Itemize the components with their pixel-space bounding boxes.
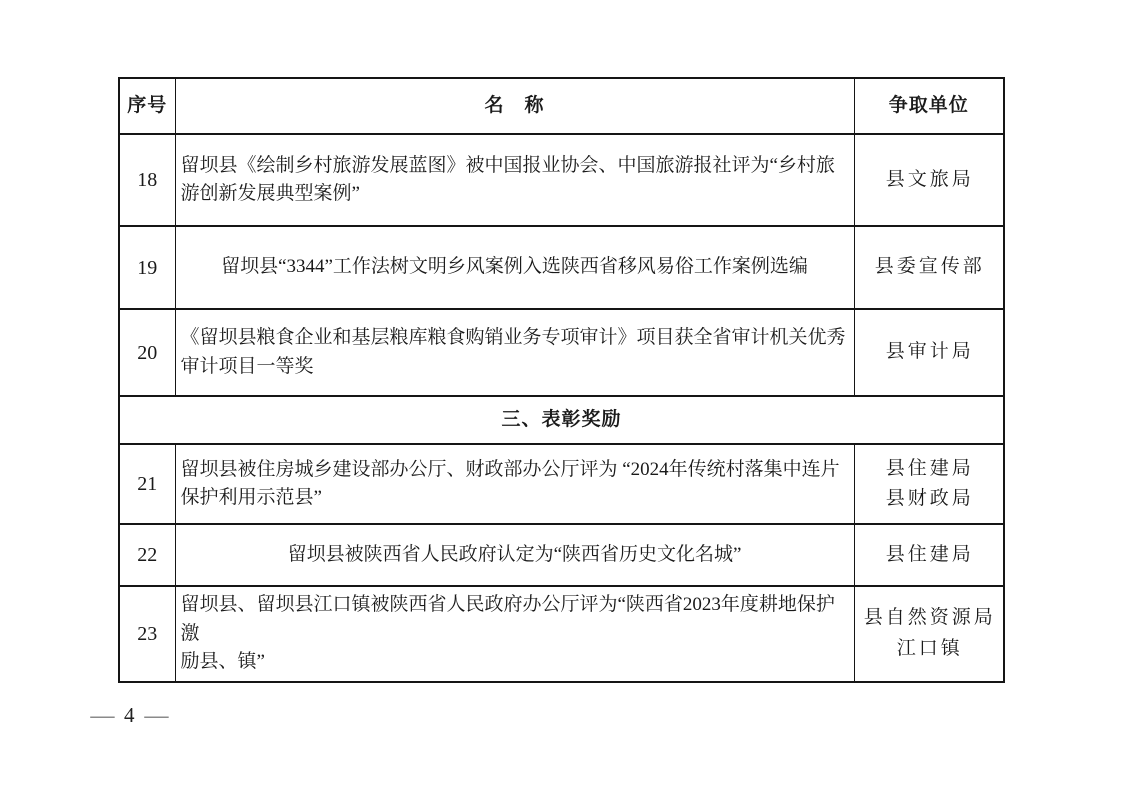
table-row: 20 《留坝县粮食企业和基层粮库粮食购销业务专项审计》项目获全省审计机关优秀 审… [119, 309, 1004, 396]
page-number-value: 4 [124, 703, 135, 728]
cell-row-number: 20 [119, 309, 175, 396]
cell-unit: 县自然资源局 江口镇 [854, 586, 1004, 682]
table-row: 19 留坝县“3344”工作法树文明乡风案例入选陕西省移风易俗工作案例选编 县委… [119, 226, 1004, 309]
cell-award-name: 留坝县、留坝县江口镇被陕西省人民政府办公厅评为“陕西省2023年度耕地保护激 励… [175, 586, 854, 682]
table-row: 21 留坝县被住房城乡建设部办公厅、财政部办公厅评为 “2024年传统村落集中连… [119, 444, 1004, 524]
cell-unit: 县文旅局 [854, 134, 1004, 226]
cell-unit: 县审计局 [854, 309, 1004, 396]
cell-row-number: 18 [119, 134, 175, 226]
cell-row-number: 23 [119, 586, 175, 682]
page-number: — 4 — [92, 703, 167, 728]
cell-award-name: 留坝县被住房城乡建设部办公厅、财政部办公厅评为 “2024年传统村落集中连片 保… [175, 444, 854, 524]
cell-award-name: 《留坝县粮食企业和基层粮库粮食购销业务专项审计》项目获全省审计机关优秀 审计项目… [175, 309, 854, 396]
column-header-unit: 争取单位 [854, 78, 1004, 134]
awards-table: 序号 名 称 争取单位 18 留坝县《绘制乡村旅游发展蓝图》被中国报业协会、中国… [118, 77, 1005, 683]
cell-row-number: 19 [119, 226, 175, 309]
table-header-row: 序号 名 称 争取单位 [119, 78, 1004, 134]
cell-row-number: 22 [119, 524, 175, 586]
column-header-name: 名 称 [175, 78, 854, 134]
cell-award-name: 留坝县《绘制乡村旅游发展蓝图》被中国报业协会、中国旅游报社评为“乡村旅 游创新发… [175, 134, 854, 226]
table-row: 18 留坝县《绘制乡村旅游发展蓝图》被中国报业协会、中国旅游报社评为“乡村旅 游… [119, 134, 1004, 226]
cell-unit: 县委宣传部 [854, 226, 1004, 309]
cell-award-name: 留坝县被陕西省人民政府认定为“陕西省历史文化名城” [175, 524, 854, 586]
table-row: 22 留坝县被陕西省人民政府认定为“陕西省历史文化名城” 县住建局 [119, 524, 1004, 586]
page-number-dash-left: — [90, 703, 114, 728]
cell-unit: 县住建局 县财政局 [854, 444, 1004, 524]
section-header-row: 三、表彰奖励 [119, 396, 1004, 444]
cell-award-name: 留坝县“3344”工作法树文明乡风案例入选陕西省移风易俗工作案例选编 [175, 226, 854, 309]
section-header: 三、表彰奖励 [119, 396, 1004, 444]
cell-unit: 县住建局 [854, 524, 1004, 586]
document-page: 序号 名 称 争取单位 18 留坝县《绘制乡村旅游发展蓝图》被中国报业协会、中国… [0, 0, 1122, 793]
cell-row-number: 21 [119, 444, 175, 524]
table-row: 23 留坝县、留坝县江口镇被陕西省人民政府办公厅评为“陕西省2023年度耕地保护… [119, 586, 1004, 682]
column-header-no: 序号 [119, 78, 175, 134]
page-number-dash-right: — [144, 703, 168, 728]
